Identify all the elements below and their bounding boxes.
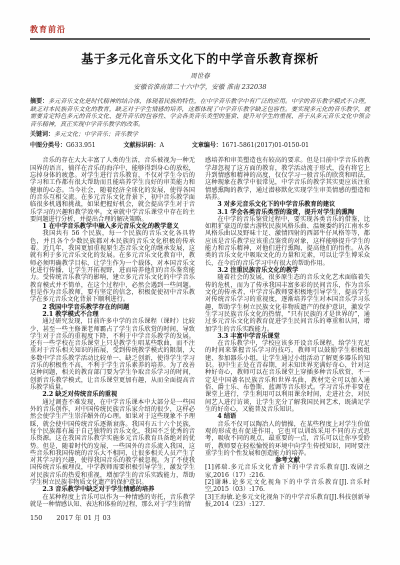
article-body: 音乐的存在大大丰富了人类的生活，音乐被视为一种无国界的语言，徜徉在音乐的海洋中，… — [30, 157, 370, 508]
paragraph: 音乐不仅可以陶冶人的情操，在某些程度上对学生价值观的形成也有促进作用，它也可以训… — [205, 421, 370, 458]
paragraph-continued: 感培养和审美塑造也有较高的要求。但是目前中学音乐的教学却忽视了这方面的教育，教学… — [205, 157, 370, 201]
clc-number: 中图分类号：G633.951 — [30, 142, 96, 149]
section-heading: 2.3 音乐教学中缺乏对于学生情感的培养 — [30, 486, 195, 493]
body-left-column: 音乐的存在大大丰富了人类的生活，音乐被视为一种无国界的语言，徜徉在音乐的海洋中，… — [30, 157, 195, 508]
paragraph: 在中学的音乐鉴赏过程中，要实现各类音乐的借鉴，比如粗犷豪迈的蒙古游牧民族风格乐曲… — [205, 216, 370, 267]
abstract-text: 多元音乐文化是时代精神的结合体，体现着民族的特性，在中学音乐教学中有广泛的应用。… — [30, 98, 370, 128]
article-id-label: 文章编号： — [192, 142, 222, 149]
paragraph: 音乐的存在大大丰富了人类的生活，音乐被视为一种无国界的语言，徜徉在音乐的海洋中，… — [30, 157, 195, 223]
journal-page: 教育前沿 基于多元化音乐文化下的中学音乐教育探析 周世春 安徽省淮南第二十六中学… — [0, 0, 400, 565]
body-right-column: 感培养和审美塑造也有较高的要求。但是目前中学音乐的教学却忽视了这方面的教育，教学… — [205, 157, 370, 508]
author-name: 周世春 — [30, 71, 370, 80]
keywords-block: 关键词：多元文化；中学音乐；音乐教学 — [30, 131, 370, 139]
header-rule — [30, 38, 370, 40]
section-heading: 2 我国中学音乐教学存在的问题 — [30, 304, 195, 311]
section-heading: 4 结语 — [205, 413, 370, 420]
reference-item: [2]谢琳.论多元文化视角下的中学音乐教育[J].音乐时空,2015（03）:1… — [205, 479, 370, 494]
keywords-label: 关键词： — [30, 131, 54, 138]
article-id-value: 1671-5861(2017)01-0150-01 — [222, 142, 309, 149]
section-heading: 3 对多元音乐文化下的中学音乐教育的建议 — [205, 201, 370, 208]
section-heading: 3.1 学会各类音乐类型的鉴赏，提升对学生的熏陶 — [205, 209, 370, 216]
issue-date: 2017 年 01 月 03 — [56, 514, 110, 522]
paragraph: 在某种程度上音乐可以作为一种情感的寄托，音乐教学就是一种情感认知、表达和体验的过… — [30, 494, 195, 509]
paragraph: 通过研究发现，目前许多中学的音乐课程（课时）比较少，甚至一些主修课老师霸占了学生… — [30, 318, 195, 391]
reference-item: [1]郭瑞.多元音乐文化背景下的中学音乐教育[J].戏剧之家,2016（17）:… — [205, 464, 370, 479]
author-affiliation: 安徽省淮南第二十六中学，安徽 淮南 232038 — [30, 82, 370, 91]
page-header: 教育前沿 — [30, 24, 370, 40]
document-code: 文献标识码：A — [124, 142, 164, 149]
section-heading: 2.2 缺乏对传统音乐的重视 — [30, 391, 195, 398]
keywords-text: 多元文化；中学音乐；音乐教学 — [54, 131, 138, 138]
doc-code-value: A — [160, 142, 164, 149]
article-id: 文章编号：1671-5861(2017)01-0150-01 — [192, 142, 309, 149]
journal-column-label: 教育前沿 — [30, 24, 370, 35]
reference-item: [3]王海敏.论多元文化视角下的中学音乐教育[J].科技创新导报,2014（23… — [205, 494, 370, 509]
classification-line: 中图分类号：G633.951 文献标识码：A 文章编号：1671-5861(20… — [30, 140, 370, 149]
article-title: 基于多元化音乐文化下的中学音乐教育探析 — [30, 50, 370, 67]
paragraph: 随着社会的发展，很多原生态的音乐文化艺术面临着失传的危机，而为了传承我国丰富多彩… — [205, 274, 370, 333]
page-footer: 1502017 年 01 月 03 — [30, 513, 111, 522]
clc-label: 中图分类号： — [30, 142, 66, 149]
abstract-block: 摘要：多元音乐文化是时代精神的结合体，体现着民族的特性，在中学音乐教学中有广泛的… — [30, 98, 370, 129]
doc-code-label: 文献标识码： — [124, 142, 160, 149]
clc-value: G633.951 — [66, 142, 96, 149]
paragraph: 我国共有 56 个民族，每一个民族的音乐文化各具特色，并且各个少数民族都对本民族… — [30, 230, 195, 303]
page-number: 150 — [30, 514, 42, 522]
paragraph: 在音乐教学中，学校应该多开设音乐课程，给学生充足的时间来掌握音乐学习的技巧，教师… — [205, 340, 370, 413]
abstract-label: 摘要： — [30, 98, 48, 105]
paragraph: 通过调查不难发现，在中学音乐课本中大部分是一些国外的音乐创作，对中国传统民族音乐… — [30, 399, 195, 487]
